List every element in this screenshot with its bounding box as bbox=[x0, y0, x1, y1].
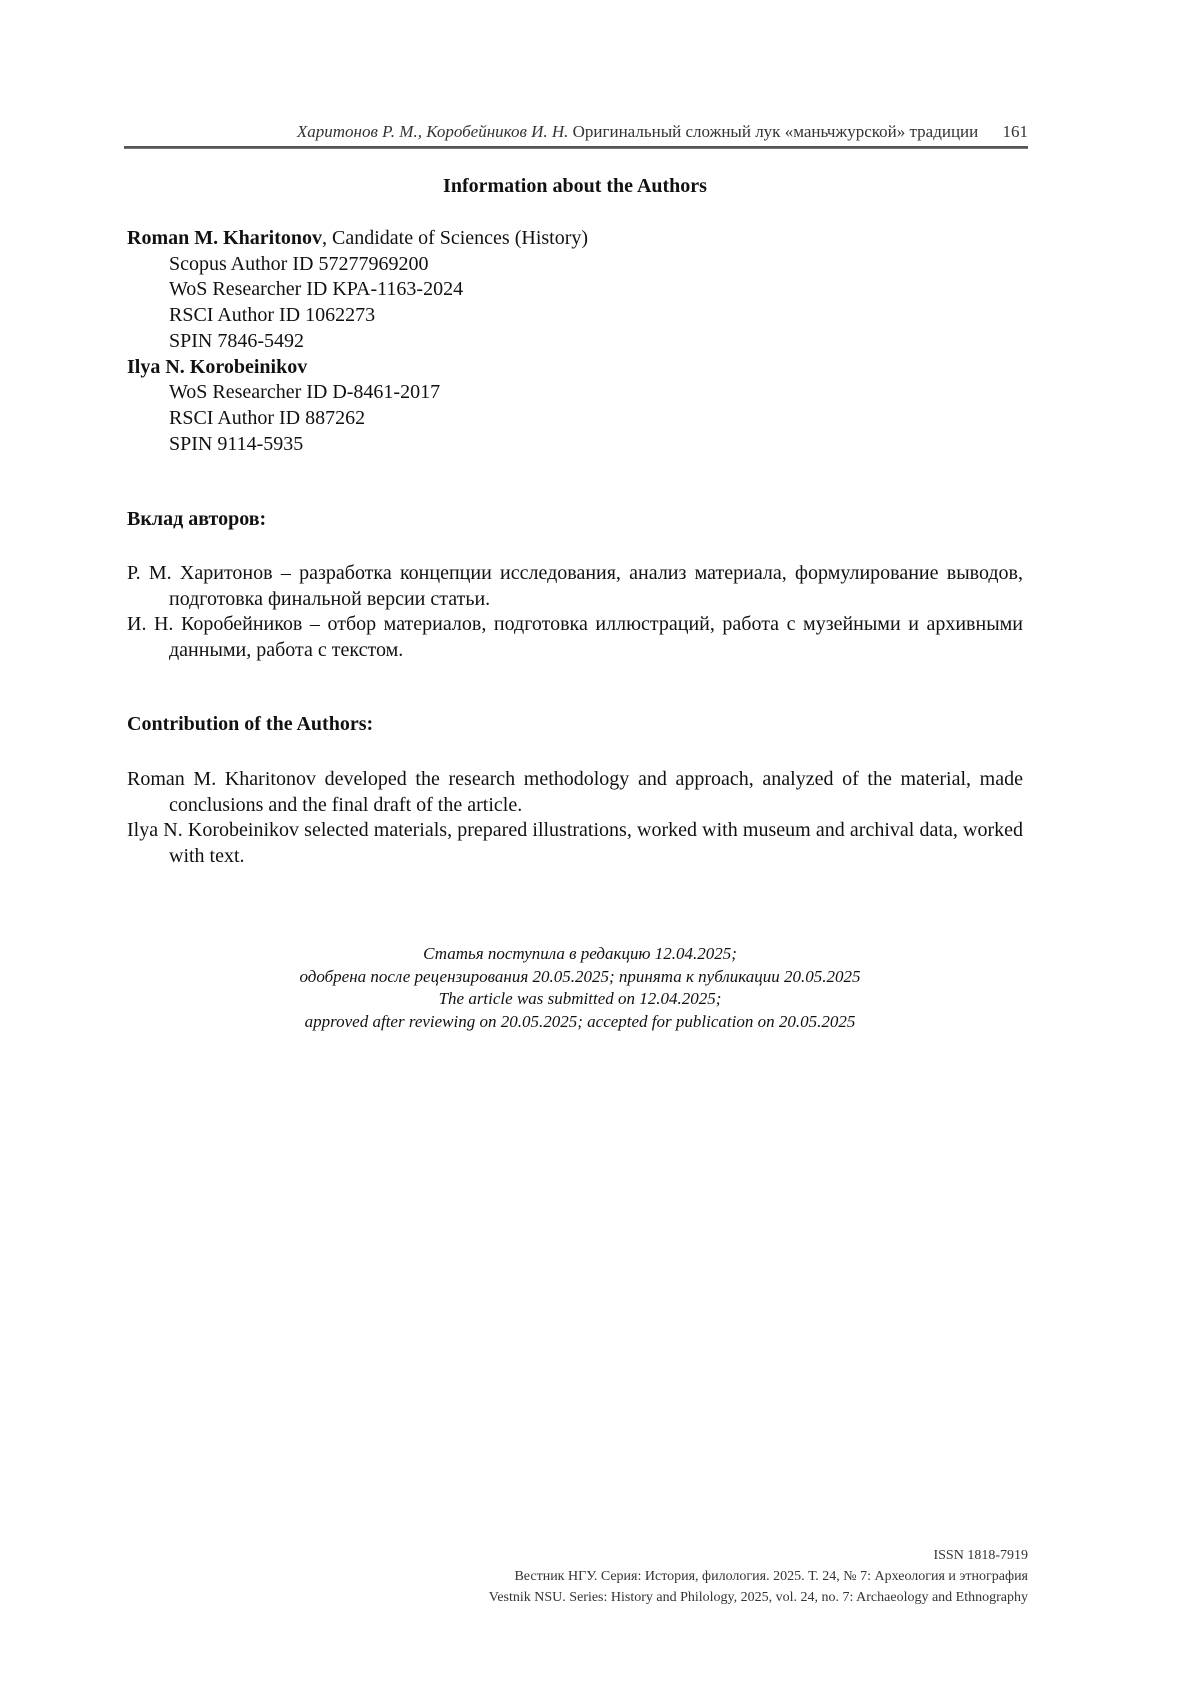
contribution-list-ru: Р. М. Харитонов – разработка концепции и… bbox=[127, 561, 1023, 664]
author-name: Ilya N. Korobeinikov bbox=[127, 356, 307, 378]
document-page: Харитонов Р. М., Коробейников И. Н. Ориг… bbox=[0, 0, 1200, 1697]
author-id-spin: SPIN 9114-5935 bbox=[127, 432, 1027, 458]
contribution-item: Р. М. Харитонов – разработка концепции и… bbox=[127, 561, 1023, 612]
author-entry: Roman M. Kharitonov, Candidate of Scienc… bbox=[127, 226, 1027, 252]
author-id-scopus: Scopus Author ID 57277969200 bbox=[127, 252, 1027, 278]
footer-journal-en: Vestnik NSU. Series: History and Philolo… bbox=[489, 1587, 1028, 1608]
page-footer: ISSN 1818-7919 Вестник НГУ. Серия: Истор… bbox=[489, 1545, 1028, 1608]
author-id-rsci: RSCI Author ID 1062273 bbox=[127, 303, 1027, 329]
running-header: Харитонов Р. М., Коробейников И. Н. Ориг… bbox=[124, 122, 1028, 144]
author-name: Roman M. Kharitonov bbox=[127, 227, 322, 249]
contribution-item: Roman M. Kharitonov developed the resear… bbox=[127, 767, 1023, 818]
authors-info-block: Roman M. Kharitonov, Candidate of Scienc… bbox=[127, 226, 1027, 457]
author-id-wos: WoS Researcher ID KPA-1163-2024 bbox=[127, 277, 1027, 303]
author-degree: , Candidate of Sciences (History) bbox=[322, 227, 588, 249]
info-section-title: Information about the Authors bbox=[0, 175, 1150, 198]
author-id-rsci: RSCI Author ID 887262 bbox=[127, 406, 1027, 432]
contribution-item: И. Н. Коробейников – отбор материалов, п… bbox=[127, 612, 1023, 663]
dates-ru-line-2: одобрена после рецензирования 20.05.2025… bbox=[150, 966, 1010, 989]
author-id-spin: SPIN 7846-5492 bbox=[127, 329, 1027, 355]
contribution-heading-en: Contribution of the Authors: bbox=[127, 713, 373, 736]
dates-en-line-1: The article was submitted on 12.04.2025; bbox=[150, 988, 1010, 1011]
author-id-wos: WoS Researcher ID D-8461-2017 bbox=[127, 380, 1027, 406]
dates-en-line-2: approved after reviewing on 20.05.2025; … bbox=[150, 1011, 1010, 1034]
contribution-item: Ilya N. Korobeinikov selected materials,… bbox=[127, 818, 1023, 869]
submission-dates: Статья поступила в редакцию 12.04.2025; … bbox=[150, 943, 1010, 1033]
contribution-heading-ru: Вклад авторов: bbox=[127, 508, 266, 531]
footer-issn: ISSN 1818-7919 bbox=[489, 1545, 1028, 1566]
header-authors: Харитонов Р. М., Коробейников И. Н. bbox=[297, 122, 569, 141]
page-number: 161 bbox=[1003, 122, 1029, 142]
header-double-rule bbox=[124, 146, 1028, 149]
contribution-list-en: Roman M. Kharitonov developed the resear… bbox=[127, 767, 1023, 870]
footer-journal-ru: Вестник НГУ. Серия: История, филология. … bbox=[489, 1566, 1028, 1587]
author-entry: Ilya N. Korobeinikov bbox=[127, 355, 1027, 381]
header-article-title: Оригинальный сложный лук «маньчжурской» … bbox=[573, 122, 979, 141]
dates-ru-line-1: Статья поступила в редакцию 12.04.2025; bbox=[150, 943, 1010, 966]
